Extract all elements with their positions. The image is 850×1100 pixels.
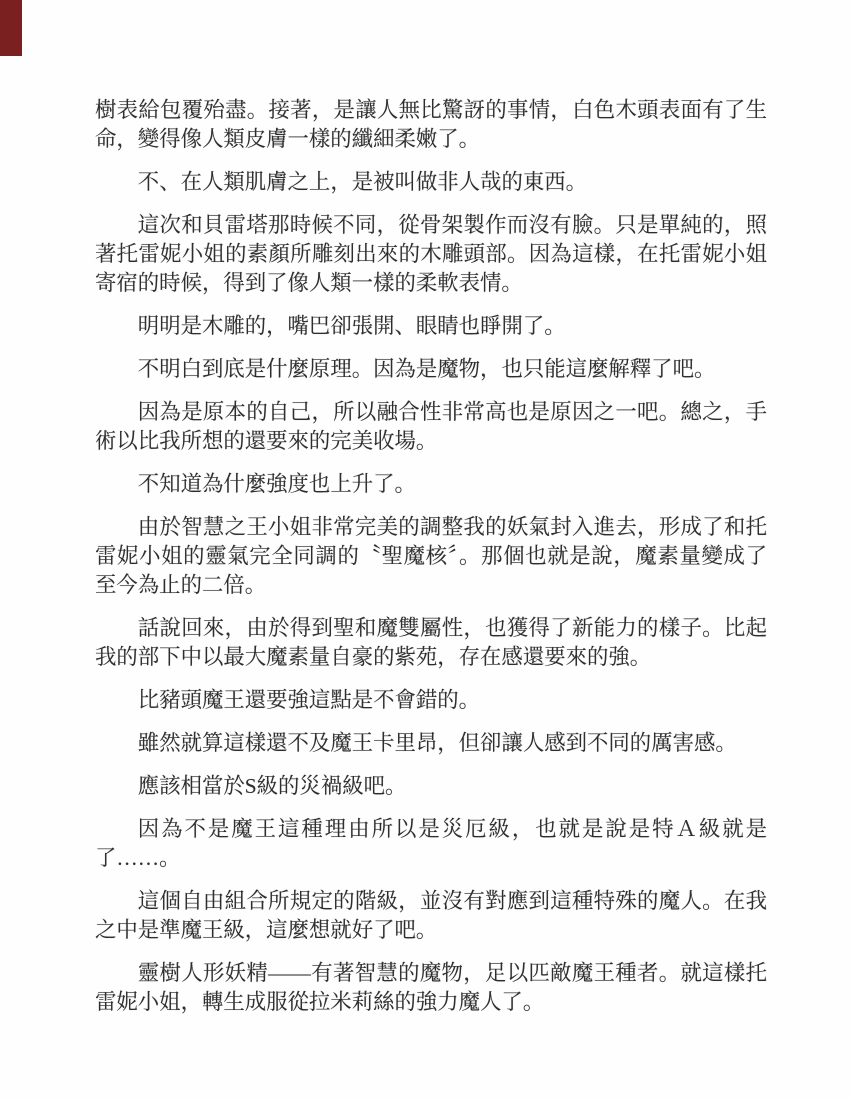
novel-page: { "page": { "background_color": "#fefefe… bbox=[0, 0, 850, 1100]
paragraph: 應該相當於S級的災禍級吧。 bbox=[95, 772, 767, 801]
paragraph: 這個自由組合所規定的階級，並沒有對應到這種特殊的魔人。在我之中是準魔王級，這麼想… bbox=[95, 887, 767, 945]
paragraph: 由於智慧之王小姐非常完美的調整我的妖氣封入進去，形成了和托雷妮小姐的靈氣完全同調… bbox=[95, 513, 767, 600]
paragraph: 不、在人類肌膚之上，是被叫做非人哉的東西。 bbox=[95, 168, 767, 197]
paragraph: 因為不是魔王這種理由所以是災厄級，也就是說是特Ａ級就是了……。 bbox=[95, 815, 767, 873]
paragraph: 樹表給包覆殆盡。接著，是讓人無比驚訝的事情，白色木頭表面有了生命，變得像人類皮膚… bbox=[95, 96, 767, 154]
paragraph: 話說回來，由於得到聖和魔雙屬性，也獲得了新能力的樣子。比起我的部下中以最大魔素量… bbox=[95, 614, 767, 672]
paragraph: 這次和貝雷塔那時候不同，從骨架製作而沒有臉。只是單純的，照著托雷妮小姐的素顏所雕… bbox=[95, 211, 767, 298]
paragraph: 比豬頭魔王還要強這點是不會錯的。 bbox=[95, 686, 767, 715]
paragraph: 靈樹人形妖精——有著智慧的魔物，足以匹敵魔王種者。就這樣托雷妮小姐，轉生成服從拉… bbox=[95, 959, 767, 1017]
paragraph: 因為是原本的自己，所以融合性非常高也是原因之一吧。總之，手術以比我所想的還要來的… bbox=[95, 398, 767, 456]
novel-text-body: 樹表給包覆殆盡。接著，是讓人無比驚訝的事情，白色木頭表面有了生命，變得像人類皮膚… bbox=[95, 96, 767, 1031]
paragraph: 雖然就算這樣還不及魔王卡里昂，但卻讓人感到不同的厲害感。 bbox=[95, 729, 767, 758]
paragraph: 明明是木雕的，嘴巴卻張開、眼睛也睜開了。 bbox=[95, 312, 767, 341]
corner-bookmark-mark bbox=[0, 0, 22, 56]
paragraph: 不知道為什麼強度也上升了。 bbox=[95, 470, 767, 499]
paragraph: 不明白到底是什麼原理。因為是魔物，也只能這麼解釋了吧。 bbox=[95, 355, 767, 384]
